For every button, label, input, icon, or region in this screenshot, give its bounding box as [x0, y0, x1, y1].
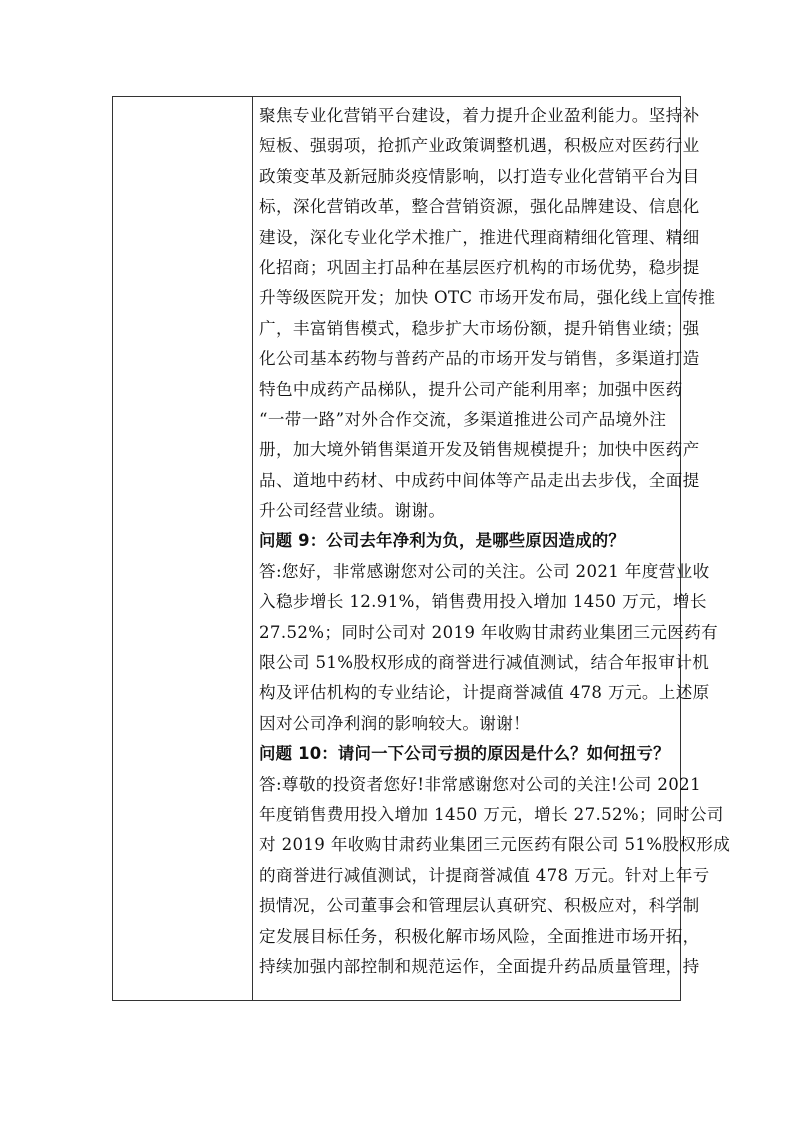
answer-line: 入稳步增长 12.91%，销售费用投入增加 1450 万元，增长	[259, 587, 730, 617]
answer-line: 因对公司净利润的影响较大。谢谢！	[259, 709, 730, 739]
text-line: 化公司基本药物与普药产品的市场开发与销售，多渠道打造	[259, 344, 730, 374]
answer-line: 限公司 51%股权形成的商誉进行减值测试，结合年报审计机	[259, 648, 730, 678]
answer-line: 答:尊敬的投资者您好!非常感谢您对公司的关注!公司 2021	[259, 770, 730, 800]
text-line: 聚焦专业化营销平台建设，着力提升企业盈利能力。坚持补	[259, 101, 730, 131]
text-line: 升等级医院开发；加快 OTC 市场开发布局，强化线上宣传推	[259, 283, 730, 313]
text-line: 政策变革及新冠肺炎疫情影响，以打造专业化营销平台为目	[259, 162, 730, 192]
answer-line: 年度销售费用投入增加 1450 万元，增长 27.52%；同时公司	[259, 800, 730, 830]
answer-line: 定发展目标任务，积极化解市场风险，全面推进市场开拓，	[259, 922, 730, 952]
table-left-cell	[113, 97, 253, 1000]
text-line: 化招商；巩固主打品种在基层医疗机构的市场优势，稳步提	[259, 253, 730, 283]
answer-line: 对 2019 年收购甘肃药业集团三元医药有限公司 51%股权形成	[259, 830, 730, 860]
text-line: 广，丰富销售模式，稳步扩大市场份额，提升销售业绩；强	[259, 314, 730, 344]
text-line: 标，深化营销改革，整合营销资源，强化品牌建设、信息化	[259, 192, 730, 222]
answer-line: 27.52%；同时公司对 2019 年收购甘肃药业集团三元医药有	[259, 618, 730, 648]
text-line: 升公司经营业绩。谢谢。	[259, 496, 730, 526]
text-line: 建设，深化专业化学术推广，推进代理商精细化管理、精细	[259, 223, 730, 253]
text-line: 册，加大境外销售渠道开发及销售规模提升；加快中医药产	[259, 435, 730, 465]
answer-line: 的商誉进行减值测试，计提商誉减值 478 万元。针对上年亏	[259, 861, 730, 891]
answer-line: 构及评估机构的专业结论，计提商誉减值 478 万元。上述原	[259, 678, 730, 708]
table-right-cell: 聚焦专业化营销平台建设，着力提升企业盈利能力。坚持补 短板、强弱项，抢抓产业政策…	[253, 97, 734, 1000]
text-line: 短板、强弱项，抢抓产业政策调整机遇，积极应对医药行业	[259, 131, 730, 161]
text-line: 特色中成药产品梯队，提升公司产能利用率；加强中医药	[259, 375, 730, 405]
answer-line: 持续加强内部控制和规范运作，全面提升药品质量管理，持	[259, 952, 730, 982]
qa-table: 聚焦专业化营销平台建设，着力提升企业盈利能力。坚持补 短板、强弱项，抢抓产业政策…	[112, 96, 681, 1001]
answer-line: 答:您好，非常感谢您对公司的关注。公司 2021 年度营业收	[259, 557, 730, 587]
text-line: 品、道地中药材、中成药中间体等产品走出去步伐，全面提	[259, 466, 730, 496]
text-line: “一带一路”对外合作交流，多渠道推进公司产品境外注	[259, 405, 730, 435]
question-10-heading: 问题 10：请问一下公司亏损的原因是什么？如何扭亏？	[259, 739, 730, 769]
answer-line: 损情况，公司董事会和管理层认真研究、积极应对，科学制	[259, 891, 730, 921]
question-9-heading: 问题 9：公司去年净利为负，是哪些原因造成的？	[259, 526, 730, 556]
